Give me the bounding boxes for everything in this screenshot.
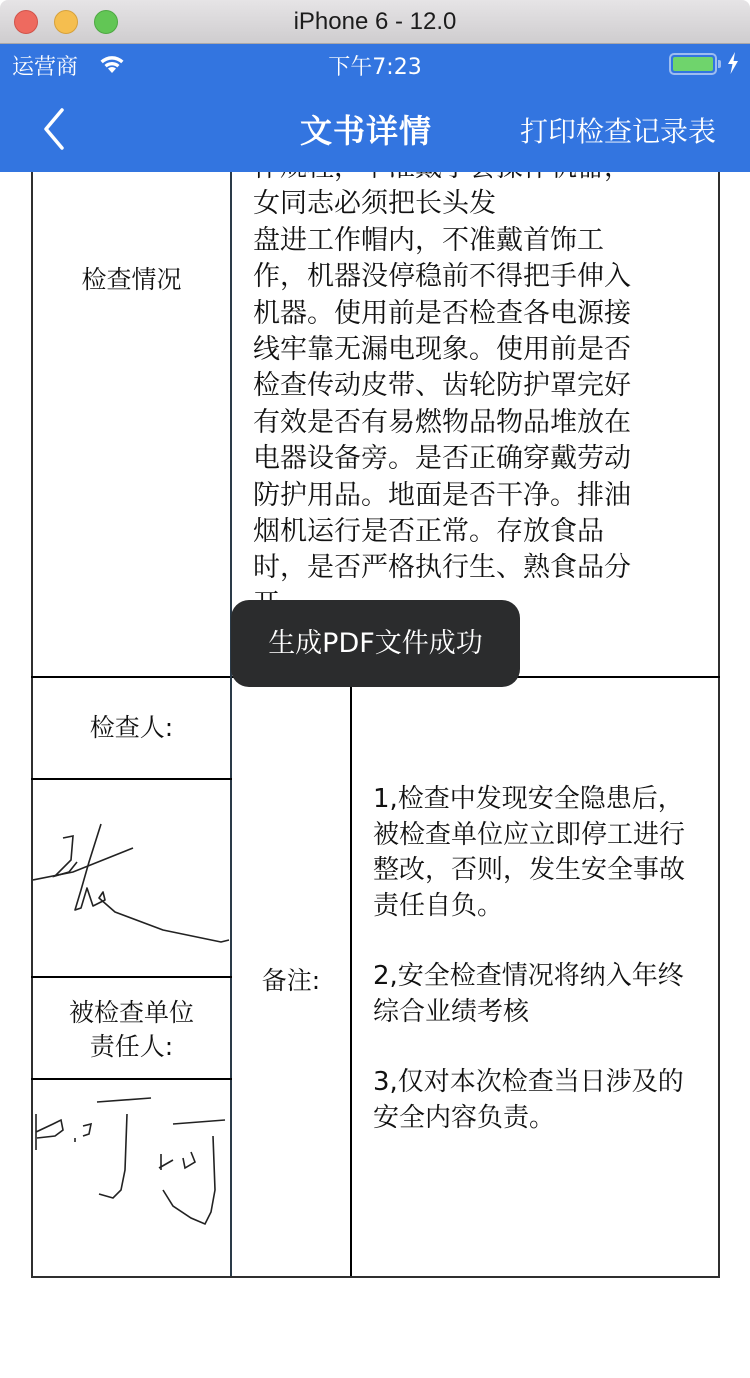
column-divider-lower-right <box>350 676 352 1278</box>
toast-message: 生成PDF文件成功 <box>231 600 520 687</box>
inspection-line: 线牢靠无漏电现象。使用前是否 <box>253 332 693 368</box>
table-border-bottom <box>31 1276 720 1278</box>
status-time: 下午7:23 <box>0 50 750 81</box>
remark-item: 2,安全检查情况将纳入年终综合业绩考核 <box>373 959 693 1030</box>
inspection-line: 烟机运行是否正常。存放食品 <box>253 514 693 550</box>
responsible-signature-image <box>33 1080 230 1276</box>
inspection-content: 作规程，不准戴手套操作机器， 女同志必须把长头发 盘进工作帽内，不准戴首饰工 作… <box>253 150 693 623</box>
inspection-line: 盘进工作帽内，不准戴首饰工 <box>253 223 693 259</box>
charging-bolt-icon <box>727 52 739 74</box>
inspection-line: 时，是否严格执行生、熟食品分 <box>253 550 693 586</box>
inspector-label: 检查人: <box>33 711 230 745</box>
remarks-content: 1,检查中发现安全隐患后，被检查单位应立即停工进行整改，否则，发生安全事故责任自… <box>373 782 693 1171</box>
inspection-line: 防护用品。地面是否干净。排油 <box>253 478 693 514</box>
inspection-label: 检查情况 <box>33 263 230 297</box>
inspection-line: 有效是否有易燃物品物品堆放在 <box>253 405 693 441</box>
page-title: 文书详情 <box>300 106 432 152</box>
inspection-line: 女同志必须把长头发 <box>253 186 693 222</box>
chevron-left-icon <box>38 104 74 154</box>
table-border-right <box>718 150 720 1278</box>
inspection-line: 作，机器没停稳前不得把手伸入 <box>253 259 693 295</box>
inspection-line: 机器。使用前是否检查各电源接 <box>253 296 693 332</box>
responsible-label-line2: 责任人: <box>33 1030 230 1064</box>
window-title: iPhone 6 - 12.0 <box>0 8 750 36</box>
remark-item: 1,检查中发现安全隐患后，被检查单位应立即停工进行整改，否则，发生安全事故责任自… <box>373 782 693 924</box>
remark-item: 3,仅对本次检查当日涉及的安全内容负责。 <box>373 1065 693 1136</box>
print-record-button[interactable]: 打印检查记录表 <box>520 110 716 150</box>
back-button[interactable] <box>38 104 74 154</box>
battery-level <box>673 57 713 71</box>
inspector-signature-image <box>33 780 230 976</box>
column-divider-upper <box>230 150 232 678</box>
simulator-title-bar: iPhone 6 - 12.0 <box>0 0 750 44</box>
remarks-label: 备注: <box>232 964 350 998</box>
row-divider-inspector-signature <box>31 976 232 978</box>
responsible-label: 被检查单位 责任人: <box>33 996 230 1064</box>
inspection-line: 检查传动皮带、齿轮防护罩完好 <box>253 368 693 404</box>
battery-icon <box>669 53 717 75</box>
responsible-label-line1: 被检查单位 <box>33 996 230 1030</box>
app-header: 运营商 下午7:23 文书详情 打印检查记录表 <box>0 44 750 172</box>
inspection-line: 电器设备旁。是否正确穿戴劳动 <box>253 441 693 477</box>
battery-nub <box>718 60 721 68</box>
